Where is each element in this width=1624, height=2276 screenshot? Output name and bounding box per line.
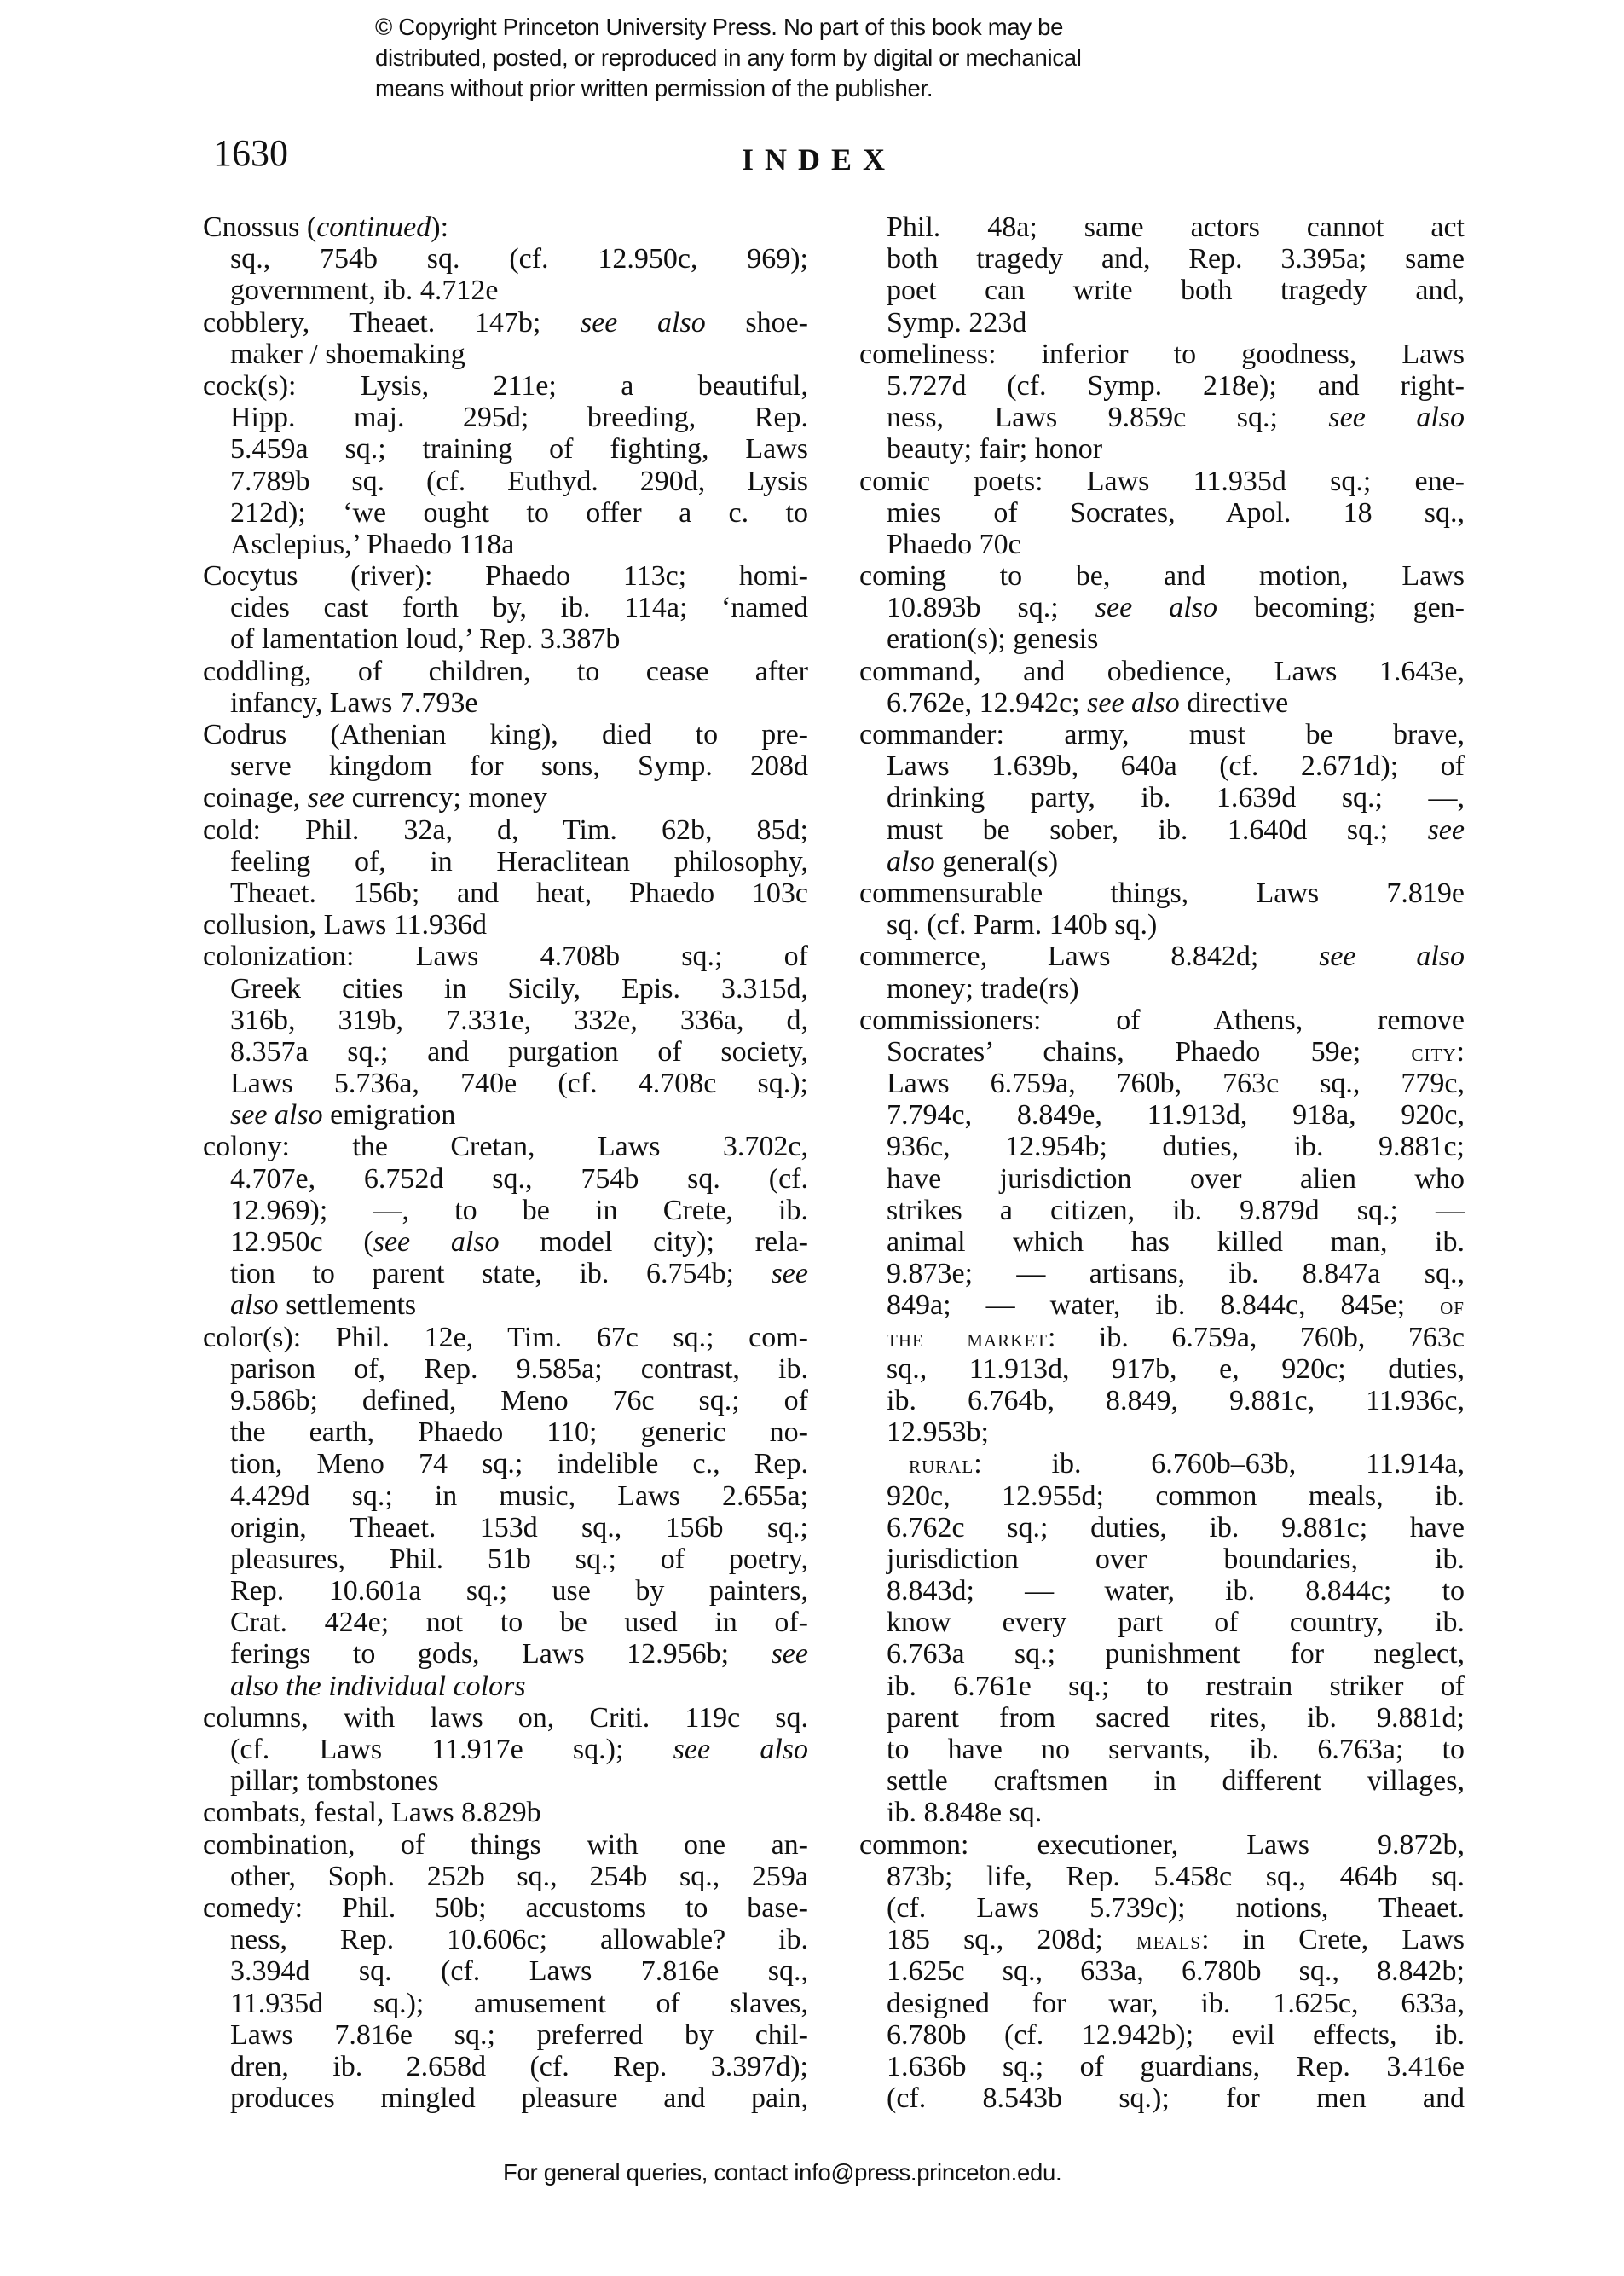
italic-text: see (308, 782, 344, 814)
entry-text: beauty; fair; honor (887, 433, 1102, 465)
entry-text: coddling, of children, to cease after (203, 656, 808, 687)
index-entry-line: 920c, 12.955d; common meals, ib. (859, 1480, 1465, 1512)
entry-text: sq. (cf. Parm. 140b sq.) (887, 909, 1157, 941)
entry-text: 7.794c, 8.849e, 11.913d, 918a, 920c, (887, 1099, 1465, 1131)
index-entry-line: know every part of country, ib. (859, 1607, 1465, 1638)
entry-text: commerce, Laws 8.842d; (859, 941, 1319, 972)
entry-text: tion to parent state, ib. 6.754b; (230, 1258, 772, 1289)
entry-text: Theaet. 156b; and heat, Phaedo 103c (230, 877, 808, 909)
index-entry-line: poet can write both tragedy and, (859, 275, 1465, 306)
index-entry-line: also settlements (203, 1289, 808, 1321)
entry-text: 212d); ‘we ought to offer a c. to (230, 497, 808, 529)
index-entry-line: tion, Meno 74 sq.; indelible c., Rep. (203, 1448, 808, 1480)
entry-text: feeling of, in Heraclitean philosophy, (230, 846, 808, 877)
index-entry-line: Hipp. maj. 295d; breeding, Rep. (203, 402, 808, 433)
index-entry-heading-line: cold: Phil. 32a, d, Tim. 62b, 85d; (203, 814, 808, 846)
index-entry-line: 9.873e; — artisans, ib. 8.847a sq., (859, 1258, 1465, 1289)
entry-text: 5.459a sq.; training of fighting, Laws (230, 433, 808, 465)
index-entry-line: 12.953b; (859, 1416, 1465, 1448)
index-entry-line: 4.707e, 6.752d sq., 754b sq. (cf. (203, 1163, 808, 1195)
index-entry-line: 185 sq., 208d; meals: in Crete, Laws (859, 1924, 1465, 1955)
entry-text: 8.357a sq.; and purgation of society, (230, 1036, 808, 1068)
index-entry-line: feeling of, in Heraclitean philosophy, (203, 846, 808, 877)
small-caps-text: rural (909, 1451, 974, 1479)
entry-text: colonization: Laws 4.708b sq.; of (203, 941, 808, 972)
entry-text: combination, of things with one an- (203, 1829, 808, 1861)
index-entry-heading-line: color(s): Phil. 12e, Tim. 67c sq.; com- (203, 1322, 808, 1353)
entry-text: commander: army, must be brave, (859, 719, 1465, 750)
index-entry-line: (cf. 8.543b sq.); for men and (859, 2082, 1465, 2114)
entry-text: 6.780b (cf. 12.942b); evil effects, ib. (887, 2019, 1465, 2051)
entry-text: know every part of country, ib. (887, 1607, 1465, 1638)
italic-text: see also (581, 307, 706, 339)
entry-text: Phil. 48a; same actors cannot act (887, 211, 1465, 243)
index-entry-heading-line: comic poets: Laws 11.935d sq.; ene- (859, 466, 1465, 497)
entry-text: dren, ib. 2.658d (cf. Rep. 3.397d); (230, 2051, 808, 2082)
entry-text: 4.429d sq.; in music, Laws 2.655a; (230, 1480, 808, 1512)
index-entry-line: Laws 5.736a, 740e (cf. 4.708c sq.); (203, 1068, 808, 1099)
italic-text: see also (1328, 402, 1465, 433)
entry-text: coinage, (203, 782, 308, 814)
index-entry-heading-line: coinage, see currency; money (203, 782, 808, 814)
index-entry-heading-line: Cnossus (continued): (203, 211, 808, 243)
entry-text: comeliness: inferior to goodness, Laws (859, 339, 1465, 370)
entry-text: emigration (323, 1099, 456, 1131)
index-entry-line: ib. 8.848e sq. (859, 1797, 1465, 1828)
index-entry-line: sq., 754b sq. (cf. 12.950c, 969); (203, 243, 808, 275)
italic-text: also the individual colors (230, 1671, 526, 1702)
entry-text: comic poets: Laws 11.935d sq.; ene- (859, 466, 1465, 497)
copyright-notice: © Copyright Princeton University Press. … (375, 12, 1228, 104)
entry-text: cobblery, Theaet. 147b; (203, 307, 581, 339)
entry-text: 11.935d sq.); amusement of slaves, (230, 1988, 808, 2019)
index-entry-line: infancy, Laws 7.793e (203, 687, 808, 719)
index-entry-line: serve kingdom for sons, Symp. 208d (203, 750, 808, 782)
entry-text: animal which has killed man, ib. (887, 1226, 1465, 1258)
italic-text: see also (1095, 592, 1217, 623)
index-entry-line: 3.394d sq. (cf. Laws 7.816e sq., (203, 1955, 808, 1987)
index-entry-line: 9.586b; defined, Meno 76c sq.; of (203, 1385, 808, 1416)
index-entry-line: 6.763a sq.; punishment for neglect, (859, 1638, 1465, 1670)
index-entry-heading-line: commander: army, must be brave, (859, 719, 1465, 750)
index-entry-line: 7.794c, 8.849e, 11.913d, 918a, 920c, (859, 1099, 1465, 1131)
entry-text: Codrus (Athenian king), died to pre- (203, 719, 808, 750)
entry-text: infancy, Laws 7.793e (230, 687, 477, 719)
index-entry-line: Rep. 10.601a sq.; use by painters, (203, 1575, 808, 1607)
entry-text: Laws 6.759a, 760b, 763c sq., 779c, (887, 1068, 1465, 1099)
index-entry-line: Laws 7.816e sq.; preferred by chil- (203, 2019, 808, 2051)
entry-text: Laws 1.639b, 640a (cf. 2.671d); of (887, 750, 1465, 782)
index-entry-heading-line: commissioners: of Athens, remove (859, 1005, 1465, 1036)
index-entry-line: also general(s) (859, 846, 1465, 877)
index-entry-line: have jurisdiction over alien who (859, 1163, 1465, 1195)
entry-text: sq., 11.913d, 917b, e, 920c; duties, (887, 1353, 1465, 1385)
index-entry-heading-line: common: executioner, Laws 9.872b, (859, 1829, 1465, 1861)
index-entry-heading-line: command, and obedience, Laws 1.643e, (859, 656, 1465, 687)
index-entry-line: government, ib. 4.712e (203, 275, 808, 306)
index-entry-heading-line: coddling, of children, to cease after (203, 656, 808, 687)
index-entry-line: (cf. Laws 5.739c); notions, Theaet. (859, 1892, 1465, 1924)
index-entry-line: 1.636b sq.; of guardians, Rep. 3.416e (859, 2051, 1465, 2082)
entry-text: Greek cities in Sicily, Epis. 3.315d, (230, 973, 808, 1005)
index-entry-line: mies of Socrates, Apol. 18 sq., (859, 497, 1465, 529)
index-entry-heading-line: Cocytus (river): Phaedo 113c; homi- (203, 560, 808, 592)
index-entry-line: 6.780b (cf. 12.942b); evil effects, ib. (859, 2019, 1465, 2051)
entry-text: drinking party, ib. 1.639d sq.; —, (887, 782, 1465, 814)
entry-text: tion, Meno 74 sq.; indelible c., Rep. (230, 1448, 808, 1480)
entry-text: ferings to gods, Laws 12.956b; (230, 1638, 772, 1670)
index-entry-line: both tragedy and, Rep. 3.395a; same (859, 243, 1465, 275)
entry-text: 12.950c ( (230, 1226, 373, 1258)
italic-text: see (1428, 814, 1465, 846)
entry-text: commissioners: of Athens, remove (859, 1005, 1465, 1036)
entry-text: cold: Phil. 32a, d, Tim. 62b, 85d; (203, 814, 808, 846)
entry-text: Laws 5.736a, 740e (cf. 4.708c sq.); (230, 1068, 808, 1099)
entry-text: 12.953b; (887, 1416, 989, 1448)
index-entry-line: 11.935d sq.); amusement of slaves, (203, 1988, 808, 2019)
index-entry-heading-line: cock(s): Lysis, 211e; a beautiful, (203, 370, 808, 402)
index-entry-line: pleasures, Phil. 51b sq.; of poetry, (203, 1543, 808, 1575)
entry-text: 10.893b sq.; (887, 592, 1095, 623)
index-entry-line: 5.727d (cf. Symp. 218e); and right- (859, 370, 1465, 402)
copyright-line: distributed, posted, or reproduced in an… (375, 43, 1228, 73)
index-entry-line: Greek cities in Sicily, Epis. 3.315d, (203, 973, 808, 1005)
small-caps-text: of (1440, 1292, 1465, 1320)
entry-text: government, ib. 4.712e (230, 275, 498, 306)
entry-text: strikes a citizen, ib. 9.879d sq.; — (887, 1195, 1465, 1226)
index-entry-line: 12.969); —, to be in Crete, ib. (203, 1195, 808, 1226)
entry-text: Rep. 10.601a sq.; use by painters, (230, 1575, 808, 1607)
index-entry-line: 936c, 12.954b; duties, ib. 9.881c; (859, 1131, 1465, 1162)
entry-text: 1.625c sq., 633a, 6.780b sq., 8.842b; (887, 1955, 1465, 1987)
index-entry-heading-line: colonization: Laws 4.708b sq.; of (203, 941, 808, 972)
index-entry-line: sq. (cf. Parm. 140b sq.) (859, 909, 1465, 941)
entry-text: collusion, Laws 11.936d (203, 909, 487, 941)
index-entry-line: jurisdiction over boundaries, ib. (859, 1543, 1465, 1575)
index-entry-line: pillar; tombstones (203, 1765, 808, 1797)
italic-text: see (772, 1638, 808, 1670)
index-entry-line: to have no servants, ib. 6.763a; to (859, 1734, 1465, 1765)
index-entry-line: Crat. 424e; not to be used in of- (203, 1607, 808, 1638)
index-entry-line: must be sober, ib. 1.640d sq.; see (859, 814, 1465, 846)
entry-text: becoming; gen- (1217, 592, 1465, 623)
italic-text: see also (1319, 941, 1465, 972)
entry-text: shoe- (706, 307, 808, 339)
entry-text: 3.394d sq. (cf. Laws 7.816e sq., (230, 1955, 808, 1987)
entry-text: Socrates’ chains, Phaedo 59e; (887, 1036, 1412, 1068)
entry-text: 6.762e, 12.942c; (887, 687, 1087, 719)
entry-text: 9.586b; defined, Meno 76c sq.; of (230, 1385, 808, 1416)
entry-text: 1.636b sq.; of guardians, Rep. 3.416e (887, 2051, 1465, 2082)
entry-text: command, and obedience, Laws 1.643e, (859, 656, 1465, 687)
index-entry-line: Laws 6.759a, 760b, 763c sq., 779c, (859, 1068, 1465, 1099)
entry-text: (cf. 8.543b sq.); for men and (887, 2082, 1465, 2114)
index-entry-line: 4.429d sq.; in music, Laws 2.655a; (203, 1480, 808, 1512)
index-entry-line: rural: ib. 6.760b–63b, 11.914a, (859, 1448, 1465, 1480)
italic-text: see also (230, 1099, 323, 1131)
entry-text: of lamentation loud,’ Rep. 3.387b (230, 623, 620, 655)
index-entry-line: of lamentation loud,’ Rep. 3.387b (203, 623, 808, 655)
entry-text: color(s): Phil. 12e, Tim. 67c sq.; com- (203, 1322, 808, 1353)
entry-text: 920c, 12.955d; common meals, ib. (887, 1480, 1465, 1512)
entry-text: combats, festal, Laws 8.829b (203, 1797, 541, 1828)
entry-text: cock(s): Lysis, 211e; a beautiful, (203, 370, 808, 402)
entry-text: colony: the Cretan, Laws 3.702c, (203, 1131, 808, 1162)
entry-text: 4.707e, 6.752d sq., 754b sq. (cf. (230, 1163, 808, 1195)
index-entry-heading-line: collusion, Laws 11.936d (203, 909, 808, 941)
italic-text: also (887, 846, 935, 877)
entry-text: directive (1180, 687, 1288, 719)
entry-text: coming to be, and motion, Laws (859, 560, 1465, 592)
entry-text: ness, Laws 9.859c sq.; (887, 402, 1328, 433)
italic-text: see also (373, 1226, 500, 1258)
index-entry-line: other, Soph. 252b sq., 254b sq., 259a (203, 1861, 808, 1892)
entry-text: model city); rela- (500, 1226, 808, 1258)
entry-text: : in Crete, Laws (1201, 1924, 1465, 1955)
italic-text: see also (673, 1734, 808, 1765)
index-entry-line: Laws 1.639b, 640a (cf. 2.671d); of (859, 750, 1465, 782)
entry-text: settlements (279, 1289, 416, 1321)
entry-text: designed for war, ib. 1.625c, 633a, (887, 1988, 1465, 2019)
entry-text: (cf. Laws 11.917e sq.); (230, 1734, 673, 1765)
index-entry-line: 7.789b sq. (cf. Euthyd. 290d, Lysis (203, 466, 808, 497)
index-entry-line: ferings to gods, Laws 12.956b; see (203, 1638, 808, 1670)
entry-text: columns, with laws on, Criti. 119c sq. (203, 1702, 808, 1734)
entry-text: mies of Socrates, Apol. 18 sq., (887, 497, 1465, 529)
index-entry-line: parison of, Rep. 9.585a; contrast, ib. (203, 1353, 808, 1385)
index-entry-heading-line: commensurable things, Laws 7.819e (859, 877, 1465, 909)
index-entry-line: the earth, Phaedo 110; generic no- (203, 1416, 808, 1448)
entry-text: serve kingdom for sons, Symp. 208d (230, 750, 808, 782)
entry-text: both tragedy and, Rep. 3.395a; same (887, 243, 1465, 275)
small-caps-text: city (1412, 1039, 1457, 1067)
index-entry-line: 212d); ‘we ought to offer a c. to (203, 497, 808, 529)
entry-text: ): (431, 211, 448, 243)
index-entry-line: parent from sacred rites, ib. 9.881d; (859, 1702, 1465, 1734)
index-entry-line: 12.950c (see also model city); rela- (203, 1226, 808, 1258)
entry-text: ib. 8.848e sq. (887, 1797, 1042, 1828)
copyright-line: © Copyright Princeton University Press. … (375, 12, 1228, 43)
small-caps-text: the market (887, 1324, 1048, 1352)
index-entry-line: beauty; fair; honor (859, 433, 1465, 465)
entry-text: common: executioner, Laws 9.872b, (859, 1829, 1465, 1861)
italic-text: see (772, 1258, 808, 1289)
index-entry-line: drinking party, ib. 1.639d sq.; —, (859, 782, 1465, 814)
entry-text: other, Soph. 252b sq., 254b sq., 259a (230, 1861, 808, 1892)
entry-text: 7.789b sq. (cf. Euthyd. 290d, Lysis (230, 466, 808, 497)
index-entry-line: animal which has killed man, ib. (859, 1226, 1465, 1258)
entry-text: to have no servants, ib. 6.763a; to (887, 1734, 1465, 1765)
index-entry-line: produces mingled pleasure and pain, (203, 2082, 808, 2114)
entry-text: parison of, Rep. 9.585a; contrast, ib. (230, 1353, 808, 1385)
entry-text: : (1457, 1036, 1465, 1068)
running-head: INDEX (742, 142, 896, 177)
entry-text: pillar; tombstones (230, 1765, 439, 1797)
entry-text: 849a; — water, ib. 8.844c, 845e; (887, 1289, 1440, 1321)
index-entry-heading-line: Codrus (Athenian king), died to pre- (203, 719, 808, 750)
index-entry-line: money; trade(rs) (859, 973, 1465, 1005)
index-entry-heading-line: combats, festal, Laws 8.829b (203, 1797, 808, 1828)
index-entry-heading-line: combination, of things with one an- (203, 1829, 808, 1861)
entry-text: ib. 6.764b, 8.849, 9.881c, 11.936c, (887, 1385, 1465, 1416)
index-entry-line: designed for war, ib. 1.625c, 633a, (859, 1988, 1465, 2019)
entry-text: Phaedo 70c (887, 529, 1021, 560)
entry-text: Laws 7.816e sq.; preferred by chil- (230, 2019, 808, 2051)
small-caps-text: meals (1136, 1926, 1201, 1955)
entry-text: money; trade(rs) (887, 973, 1079, 1005)
footer-contact: For general queries, contact info@press.… (503, 2159, 1061, 2186)
entry-text: must be sober, ib. 1.640d sq.; (887, 814, 1428, 846)
entry-text: 6.762c sq.; duties, ib. 9.881c; have (887, 1512, 1465, 1543)
index-entry-line: cides cast forth by, ib. 114a; ‘named (203, 592, 808, 623)
index-column-right: Phil. 48a; same actors cannot actboth tr… (859, 211, 1465, 2114)
entry-text: Hipp. maj. 295d; breeding, Rep. (230, 402, 808, 433)
entry-text: Cnossus ( (203, 211, 316, 243)
index-entry-line: eration(s); genesis (859, 623, 1465, 655)
entry-text: origin, Theaet. 153d sq., 156b sq.; (230, 1512, 808, 1543)
entry-text: poet can write both tragedy and, (887, 275, 1465, 306)
entry-text: parent from sacred rites, ib. 9.881d; (887, 1702, 1465, 1734)
entry-text: sq., 754b sq. (cf. 12.950c, 969); (230, 243, 808, 275)
index-entry-line: 849a; — water, ib. 8.844c, 845e; of (859, 1289, 1465, 1321)
entry-text: have jurisdiction over alien who (887, 1163, 1465, 1195)
index-entry-line: maker / shoemaking (203, 339, 808, 370)
index-entry-line: 8.357a sq.; and purgation of society, (203, 1036, 808, 1068)
entry-text: 12.969); —, to be in Crete, ib. (230, 1195, 808, 1226)
entry-text: 5.727d (cf. Symp. 218e); and right- (887, 370, 1465, 402)
index-entry-line: Symp. 223d (859, 307, 1465, 339)
index-entry-line: the market: ib. 6.759a, 760b, 763c (859, 1322, 1465, 1353)
entry-text: maker / shoemaking (230, 339, 465, 370)
index-entry-heading-line: comeliness: inferior to goodness, Laws (859, 339, 1465, 370)
index-entry-line: 873b; life, Rep. 5.458c sq., 464b sq. (859, 1861, 1465, 1892)
index-entry-line: Phaedo 70c (859, 529, 1465, 560)
entry-text: comedy: Phil. 50b; accustoms to base- (203, 1892, 808, 1924)
index-entry-line: settle craftsmen in different villages, (859, 1765, 1465, 1797)
entry-text: jurisdiction over boundaries, ib. (887, 1543, 1465, 1575)
entry-text: 873b; life, Rep. 5.458c sq., 464b sq. (887, 1861, 1465, 1892)
entry-text: 185 sq., 208d; (887, 1924, 1136, 1955)
entry-text: Symp. 223d (887, 307, 1026, 339)
entry-text: 936c, 12.954b; duties, ib. 9.881c; (887, 1131, 1465, 1162)
index-entry-line: 6.762e, 12.942c; see also directive (859, 687, 1465, 719)
index-entry-line: dren, ib. 2.658d (cf. Rep. 3.397d); (203, 2051, 808, 2082)
index-entry-line: ness, Laws 9.859c sq.; see also (859, 402, 1465, 433)
index-entry-line: Socrates’ chains, Phaedo 59e; city: (859, 1036, 1465, 1068)
index-entry-line: Phil. 48a; same actors cannot act (859, 211, 1465, 243)
entry-text: eration(s); genesis (887, 623, 1098, 655)
entry-text: 8.843d; — water, ib. 8.844c; to (887, 1575, 1465, 1607)
index-entry-line: (cf. Laws 11.917e sq.); see also (203, 1734, 808, 1765)
entry-text: : ib. 6.760b–63b, 11.914a, (974, 1448, 1465, 1480)
index-entry-line: 1.625c sq., 633a, 6.780b sq., 8.842b; (859, 1955, 1465, 1987)
index-entry-line: 316b, 319b, 7.331e, 332e, 336a, d, (203, 1005, 808, 1036)
entry-text: (cf. Laws 5.739c); notions, Theaet. (887, 1892, 1465, 1924)
index-entry-heading-line: comedy: Phil. 50b; accustoms to base- (203, 1892, 808, 1924)
entry-text: Asclepius,’ Phaedo 118a (230, 529, 514, 560)
copyright-line: means without prior written permission o… (375, 73, 1228, 104)
index-column-left: Cnossus (continued):sq., 754b sq. (cf. 1… (203, 211, 808, 2114)
index-entry-line: tion to parent state, ib. 6.754b; see (203, 1258, 808, 1289)
index-entry-line: origin, Theaet. 153d sq., 156b sq.; (203, 1512, 808, 1543)
index-entry-line: see also emigration (203, 1099, 808, 1131)
index-entry-line: ness, Rep. 10.606c; allowable? ib. (203, 1924, 808, 1955)
entry-text: 9.873e; — artisans, ib. 8.847a sq., (887, 1258, 1465, 1289)
index-entry-heading-line: cobblery, Theaet. 147b; see also shoe- (203, 307, 808, 339)
index-entry-line: Theaet. 156b; and heat, Phaedo 103c (203, 877, 808, 909)
entry-text: general(s) (935, 846, 1058, 877)
entry-text: pleasures, Phil. 51b sq.; of poetry, (230, 1543, 808, 1575)
entry-text: Cocytus (river): Phaedo 113c; homi- (203, 560, 808, 592)
index-entry-line: strikes a citizen, ib. 9.879d sq.; — (859, 1195, 1465, 1226)
index-entry-line: sq., 11.913d, 917b, e, 920c; duties, (859, 1353, 1465, 1385)
index-entry-heading-line: coming to be, and motion, Laws (859, 560, 1465, 592)
entry-text: produces mingled pleasure and pain, (230, 2082, 808, 2114)
entry-text: commensurable things, Laws 7.819e (859, 877, 1465, 909)
entry-text: ib. 6.761e sq.; to restrain striker of (887, 1671, 1465, 1702)
index-entry-heading-line: commerce, Laws 8.842d; see also (859, 941, 1465, 972)
index-entry-line: also the individual colors (203, 1671, 808, 1702)
entry-text: settle craftsmen in different villages, (887, 1765, 1465, 1797)
entry-text: cides cast forth by, ib. 114a; ‘named (230, 592, 808, 623)
index-entry-line: 8.843d; — water, ib. 8.844c; to (859, 1575, 1465, 1607)
index-entry-heading-line: columns, with laws on, Criti. 119c sq. (203, 1702, 808, 1734)
index-entry-line: Asclepius,’ Phaedo 118a (203, 529, 808, 560)
entry-text: Crat. 424e; not to be used in of- (230, 1607, 808, 1638)
italic-text: see also (1087, 687, 1180, 719)
index-entry-line: 10.893b sq.; see also becoming; gen- (859, 592, 1465, 623)
index-entry-line: ib. 6.764b, 8.849, 9.881c, 11.936c, (859, 1385, 1465, 1416)
entry-text: 316b, 319b, 7.331e, 332e, 336a, d, (230, 1005, 808, 1036)
italic-text: continued (316, 211, 431, 243)
entry-text: 6.763a sq.; punishment for neglect, (887, 1638, 1465, 1670)
entry-text: the earth, Phaedo 110; generic no- (230, 1416, 808, 1448)
index-entry-line: 6.762c sq.; duties, ib. 9.881c; have (859, 1512, 1465, 1543)
index-entry-line: 5.459a sq.; training of fighting, Laws (203, 433, 808, 465)
italic-text: also (230, 1289, 279, 1321)
entry-text: ness, Rep. 10.606c; allowable? ib. (230, 1924, 808, 1955)
index-entry-line: ib. 6.761e sq.; to restrain striker of (859, 1671, 1465, 1702)
entry-text: : ib. 6.759a, 760b, 763c (1048, 1322, 1465, 1353)
index-entry-heading-line: colony: the Cretan, Laws 3.702c, (203, 1131, 808, 1162)
page-number: 1630 (213, 131, 288, 175)
entry-text: currency; money (344, 782, 547, 814)
